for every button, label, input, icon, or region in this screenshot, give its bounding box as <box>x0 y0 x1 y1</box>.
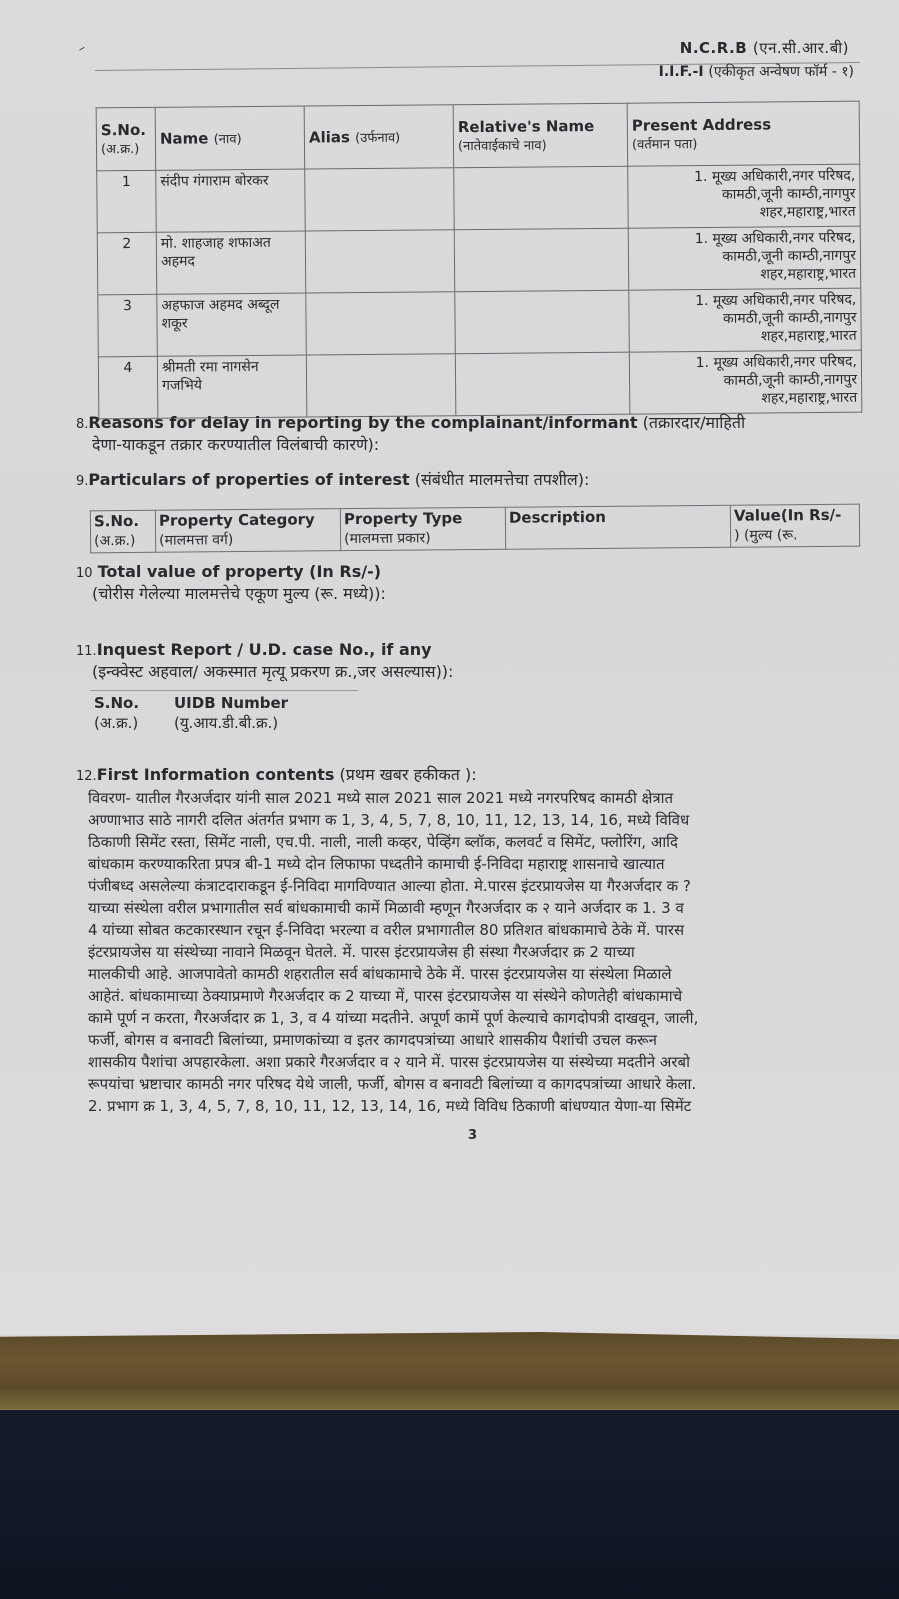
document-page: ᐟ N.C.R.B (एन.सी.आर.बी) I.I.F.-I (एकीकृत… <box>0 0 899 1335</box>
fir-line: आहेतं. बांधकामाच्या ठेक्याप्रमाणे गैरअर्… <box>88 985 860 1007</box>
margin-mark: ᐟ <box>75 43 86 60</box>
uidb-table: S.No.(अ.क्र.) UIDB Number(यु.आय.डी.बी.क्… <box>90 690 358 735</box>
col-relative: Relative's Name(नातेवाईकाचे नाव) <box>453 103 628 168</box>
fir-line: 2. प्रभाग क्र 1, 3, 4, 5, 7, 8, 10, 11, … <box>88 1095 860 1117</box>
accused-address: 1. मूख्य अधिकारी,नगर परिषद, कामठी,जूनी क… <box>628 226 861 290</box>
accused-name: अहफाज अहमद अब्दूल शकूर <box>157 293 307 356</box>
fir-line: 4 यांच्या सोबत कटकारस्थान रचून ई-निविदा … <box>88 919 860 941</box>
table-row: 1 संदीप गंगाराम बोरकर 1. मूख्य अधिकारी,न… <box>97 164 861 233</box>
col-address: Present Address(वर्तमान पता) <box>627 101 860 166</box>
accused-name: मो. शाहजाह शफाअत अहमद <box>156 231 306 294</box>
table-row: 3 अहफाज अहमद अब्दूल शकूर 1. मूख्य अधिकार… <box>98 288 862 357</box>
accused-address: 1. मूख्य अधिकारी,नगर परिषद, कामठी,जूनी क… <box>628 164 861 228</box>
agency-header: N.C.R.B (एन.सी.आर.बी) <box>680 38 849 58</box>
accused-name: संदीप गंगाराम बोरकर <box>156 169 306 232</box>
section-12: 12.First Information contents (प्रथम खबर… <box>76 765 477 787</box>
section-11: 11.Inquest Report / U.D. case No., if an… <box>76 640 453 682</box>
fir-line: कामे पूर्ण न करता, गैरअर्जदार क्र 1, 3, … <box>88 1007 860 1029</box>
fir-line: याच्या संस्थेला वरील प्रभागातील सर्व बां… <box>88 897 860 919</box>
fir-line: ठिकाणी सिमेंट रस्ता, सिमेंट नाली, एच.पी.… <box>88 831 860 853</box>
fir-line: फर्जी, बोगस व बनावटी बिलांच्या, प्रमाणका… <box>88 1029 860 1051</box>
table-row: 2 मो. शाहजाह शफाअत अहमद 1. मूख्य अधिकारी… <box>97 226 861 295</box>
first-information-contents: विवरण- यातील गैरअर्जदार यांनी साल 2021 म… <box>88 787 860 1117</box>
form-header: I.I.F.-I (एकीकृत अन्वेषण फॉर्म - १) <box>659 62 854 81</box>
fir-line: इंटरप्रायजेस या संस्थेच्या नावाने मिळवून… <box>88 941 860 963</box>
fir-line: शासकीय पैशांचा अपहारकेला. अशा प्रकारे गै… <box>88 1051 860 1073</box>
wooden-table-edge <box>0 1332 899 1412</box>
fir-line: मालकीची आहे. आजपावेतो कामठी शहरातील सर्व… <box>88 963 860 985</box>
fir-line: बांधकाम करण्याकरिता प्रपत्र बी-1 मध्ये द… <box>88 853 860 875</box>
section-10: 10 Total value of property (In Rs/-) (चो… <box>76 562 386 604</box>
page-number: 3 <box>468 1128 477 1143</box>
properties-table: S.No.(अ.क्र.) Property Category(मालमत्ता… <box>90 504 860 554</box>
section-9: 9.Particulars of properties of interest … <box>76 470 589 492</box>
col-name: Name (नाव) <box>155 106 305 170</box>
dark-background <box>0 1410 899 1599</box>
fir-line: अण्णाभाउ साठे नागरी दलित अंतर्गत प्रभाग … <box>88 809 860 831</box>
fir-line: रूपयांचा भ्रष्टाचार कामठी नगर परिषद येथे… <box>88 1073 860 1095</box>
fir-line: पंजीबध्द असलेल्या कंत्राटदाराकडून ई-निवि… <box>88 875 860 897</box>
col-alias: Alias (उर्फनाव) <box>304 105 454 169</box>
fir-line: विवरण- यातील गैरअर्जदार यांनी साल 2021 म… <box>88 787 860 809</box>
accused-address: 1. मूख्य अधिकारी,नगर परिषद, कामठी,जूनी क… <box>629 350 862 414</box>
accused-table: S.No.(अ.क्र.) Name (नाव) Alias (उर्फनाव)… <box>96 101 863 420</box>
col-sno: S.No.(अ.क्र.) <box>96 107 156 171</box>
accused-name: श्रीमती रमा नागसेन गजभिये <box>157 355 307 418</box>
accused-address: 1. मूख्य अधिकारी,नगर परिषद, कामठी,जूनी क… <box>629 288 862 352</box>
section-8: 8.Reasons for delay in reporting by the … <box>76 413 745 455</box>
table-row: 4 श्रीमती रमा नागसेन गजभिये 1. मूख्य अधि… <box>98 350 862 419</box>
